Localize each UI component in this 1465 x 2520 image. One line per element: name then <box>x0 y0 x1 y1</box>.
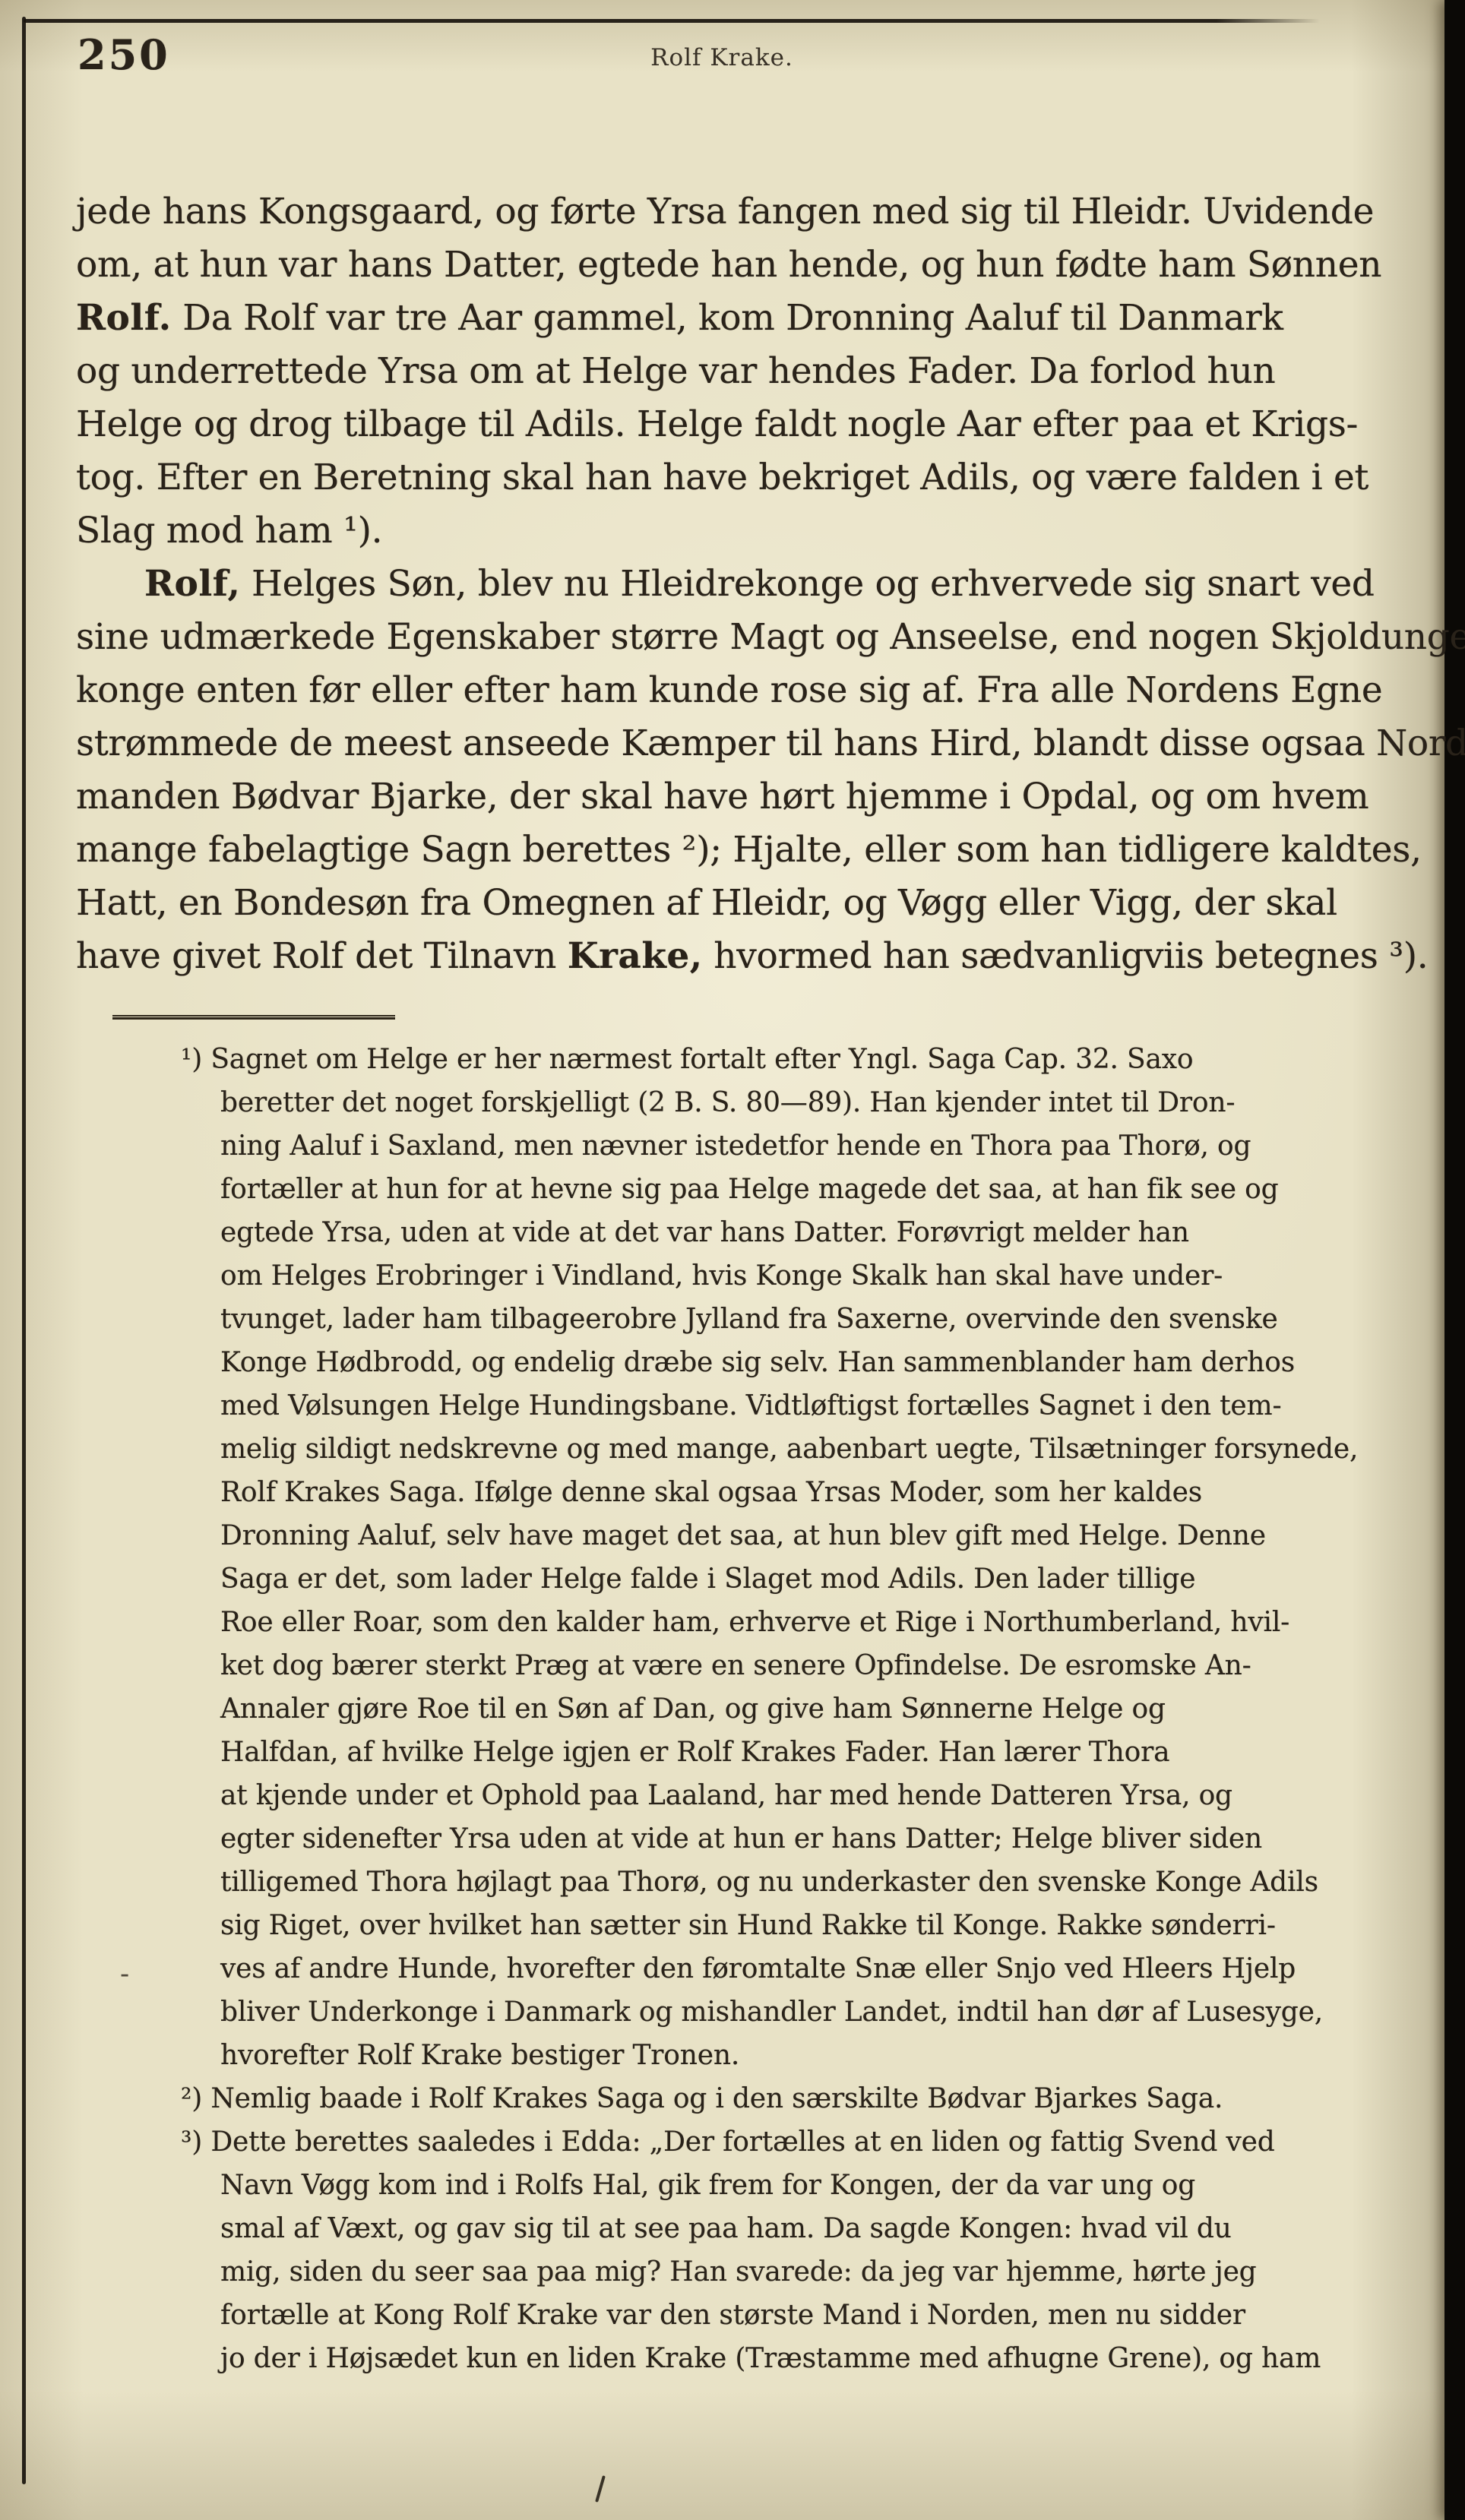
scan-edge-top <box>24 19 1320 23</box>
footnote-line: ³) Dette berettes saaledes i Edda: „Der … <box>181 2120 1400 2164</box>
footnote-3: ³) Dette berettes saaledes i Edda: „Der … <box>181 2120 1400 2380</box>
text-line: strømmede de meest anseede Kæmper til ha… <box>76 717 1402 770</box>
marginal-dash-mark: - <box>120 1959 129 1990</box>
footnote-line: beretter det noget forskjelligt (2 B. S.… <box>220 1081 1400 1124</box>
footnote-line: ket dog bærer sterkt Præg at være en sen… <box>220 1644 1400 1687</box>
footnote-line: tilligemed Thora højlagt paa Thorø, og n… <box>220 1861 1400 1904</box>
text-line: tog. Efter en Beretning skal han have be… <box>76 451 1402 504</box>
text-line: Hatt, en Bondesøn fra Omegnen af Hleidr,… <box>76 877 1402 930</box>
footnote-line: ves af andre Hunde, hvorefter den føromt… <box>220 1947 1400 1990</box>
body-paragraph-1: jede hans Kongsgaard, og førte Yrsa fang… <box>76 185 1402 558</box>
footnote-line: mig, siden du seer saa paa mig? Han svar… <box>220 2250 1400 2294</box>
footnote-line: ¹) Sagnet om Helge er her nærmest fortal… <box>181 1038 1400 1081</box>
text-line: have givet Rolf det Tilnavn Krake, hvorm… <box>76 930 1402 983</box>
scan-stray-mark <box>595 2475 606 2503</box>
text-line: Rolf, Helges Søn, blev nu Hleidrekonge o… <box>76 558 1402 611</box>
text-line: og underrettede Yrsa om at Helge var hen… <box>76 345 1402 398</box>
text-line: jede hans Kongsgaard, og førte Yrsa fang… <box>76 185 1402 239</box>
footnote-line: egter sidenefter Yrsa uden at vide at hu… <box>220 1817 1400 1861</box>
footnote-line: ²) Nemlig baade i Rolf Krakes Saga og i … <box>181 2077 1400 2120</box>
footnote-line: ning Aaluf i Saxland, men nævner istedet… <box>220 1124 1400 1168</box>
footnote-line: smal af Væxt, og gav sig til at see paa … <box>220 2207 1400 2250</box>
footnote-line: fortælle at Kong Rolf Krake var den stør… <box>220 2294 1400 2337</box>
running-header: Rolf Krake. <box>0 44 1444 71</box>
footnote-line: jo der i Højsædet kun en liden Krake (Tr… <box>220 2337 1400 2380</box>
text-line: Slag mod ham ¹). <box>76 504 1402 558</box>
footnote-line: Navn Vøgg kom ind i Rolfs Hal, gik frem … <box>220 2164 1400 2207</box>
text-line: konge enten før eller efter ham kunde ro… <box>76 664 1402 717</box>
text-line: Rolf. Da Rolf var tre Aar gammel, kom Dr… <box>76 292 1402 345</box>
scan-edge-right <box>1444 0 1465 2520</box>
text-line: sine udmærkede Egenskaber større Magt og… <box>76 611 1402 664</box>
footnote-line: at kjende under et Ophold paa Laaland, h… <box>220 1774 1400 1817</box>
footnote-line: tvunget, lader ham tilbageerobre Jylland… <box>220 1298 1400 1341</box>
text-line: manden Bødvar Bjarke, der skal have hørt… <box>76 770 1402 824</box>
body-paragraph-2: Rolf, Helges Søn, blev nu Hleidrekonge o… <box>76 558 1402 983</box>
text-line: Helge og drog tilbage til Adils. Helge f… <box>76 398 1402 451</box>
footnote-line: med Vølsungen Helge Hundingsbane. Vidtlø… <box>220 1384 1400 1428</box>
footnote-line: Annaler gjøre Roe til en Søn af Dan, og … <box>220 1687 1400 1731</box>
scanned-book-page: 250 Rolf Krake. jede hans Kongsgaard, og… <box>0 0 1465 2520</box>
text-line: mange fabelagtige Sagn berettes ²); Hjal… <box>76 824 1402 877</box>
footnote-line: hvorefter Rolf Krake bestiger Tronen. <box>220 2034 1400 2077</box>
footnote-line: Roe eller Roar, som den kalder ham, erhv… <box>220 1601 1400 1644</box>
footnote-line: egtede Yrsa, uden at vide at det var han… <box>220 1211 1400 1254</box>
footnote-separator-rule <box>112 1015 395 1020</box>
footnote-line: sig Riget, over hvilket han sætter sin H… <box>220 1904 1400 1947</box>
scan-edge-left <box>22 17 26 2484</box>
footnote-line: Halfdan, af hvilke Helge igjen er Rolf K… <box>220 1731 1400 1774</box>
footnote-line: fortæller at hun for at hevne sig paa He… <box>220 1168 1400 1211</box>
footnote-line: om Helges Erobringer i Vindland, hvis Ko… <box>220 1254 1400 1298</box>
footnote-line: bliver Underkonge i Danmark og mishandle… <box>220 1990 1400 2034</box>
footnote-line: Rolf Krakes Saga. Ifølge denne skal ogsa… <box>220 1471 1400 1514</box>
text-line: om, at hun var hans Datter, egtede han h… <box>76 239 1402 292</box>
footnote-line: Saga er det, som lader Helge falde i Sla… <box>220 1557 1400 1601</box>
footnote-line: Konge Hødbrodd, og endelig dræbe sig sel… <box>220 1341 1400 1384</box>
footnote-line: Dronning Aaluf, selv have maget det saa,… <box>220 1514 1400 1557</box>
footnote-line: melig sildigt nedskrevne og med mange, a… <box>220 1428 1400 1471</box>
footnote-1: ¹) Sagnet om Helge er her nærmest fortal… <box>181 1038 1400 2077</box>
footnote-2: ²) Nemlig baade i Rolf Krakes Saga og i … <box>181 2077 1400 2120</box>
